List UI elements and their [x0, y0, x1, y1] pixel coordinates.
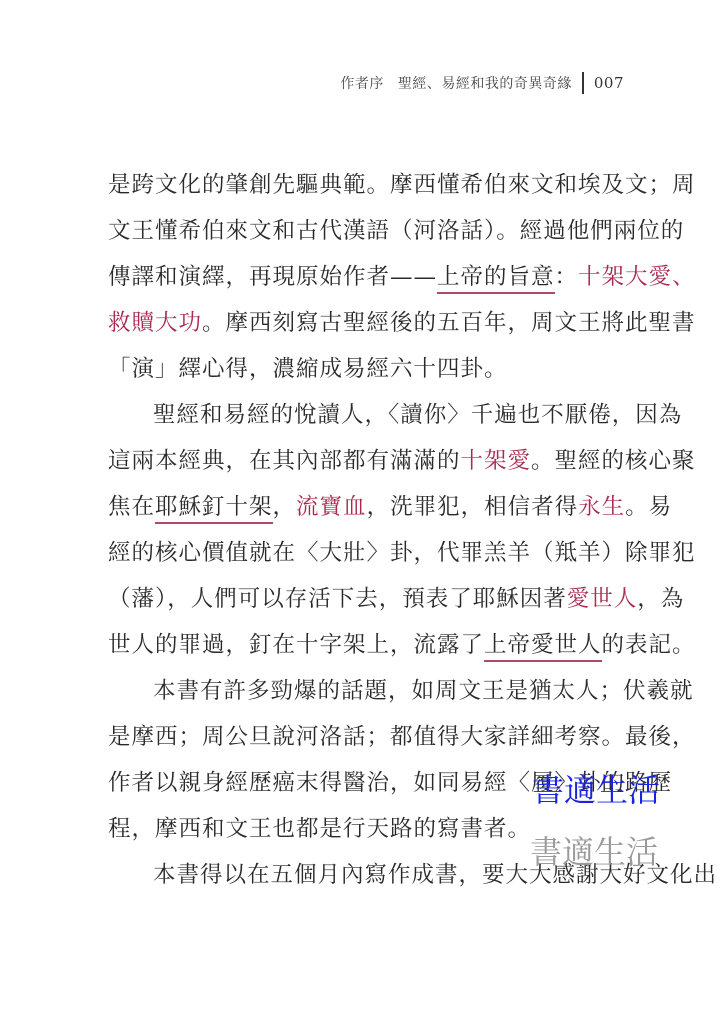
text-segment: 。摩西刻寫古聖經後的五百年，周文王將此聖書 — [202, 310, 696, 336]
page-number: 007 — [594, 74, 624, 92]
chapter-label: 作者序 — [340, 73, 384, 93]
text-line: 傳譯和演繹，再現原始作者——上帝的旨意：十架大愛、 — [108, 254, 638, 300]
text-segment: 是跨文化的肇創先驅典範。摩西懂希伯來文和埃及文；周 — [108, 172, 696, 198]
highlighted-text: 愛世人 — [567, 586, 638, 612]
text-line: 是摩西；周公旦說河洛話；都值得大家詳細考察。最後， — [108, 714, 638, 760]
watermark-gray: 書適生活 — [530, 832, 658, 872]
highlighted-text: 救贖大功 — [108, 310, 202, 336]
underlined-text: 上帝的旨意 — [437, 264, 555, 294]
text-segment: 。聖經的核心聚 — [531, 448, 696, 474]
chapter-title: 聖經、易經和我的奇異奇緣 — [398, 73, 572, 93]
text-line: 經的核心價值就在〈大壯〉卦，代罪羔羊（羝羊）除罪犯 — [108, 530, 638, 576]
underlined-text: 耶穌釘十架 — [155, 494, 273, 524]
highlighted-text: 十架愛 — [461, 448, 532, 474]
text-line: 本書有許多勁爆的話題，如周文王是猶太人；伏羲就 — [108, 668, 638, 714]
highlighted-text: 流寶血 — [296, 494, 367, 520]
text-segment: 程，摩西和文王也都是行天路的寫書者。 — [108, 816, 531, 842]
highlighted-text: 永生 — [578, 494, 625, 520]
text-segment: 的表記。 — [602, 632, 696, 658]
text-line: 救贖大功。摩西刻寫古聖經後的五百年，周文王將此聖書 — [108, 300, 638, 346]
text-segment: （藩），人們可以存活下去，預表了耶穌因著 — [108, 586, 567, 612]
text-line: （藩），人們可以存活下去，預表了耶穌因著愛世人，為 — [108, 576, 638, 622]
text-line: 世人的罪過，釘在十字架上，流露了上帝愛世人的表記。 — [108, 622, 638, 668]
text-segment: 「演」繹心得，濃縮成易經六十四卦。 — [108, 356, 508, 382]
text-segment: ，為 — [637, 586, 684, 612]
text-segment: 本書有許多勁爆的話題，如周文王是猶太人；伏羲就 — [153, 678, 694, 704]
text-segment: 傳譯和演繹，再現原始作者—— — [108, 264, 437, 290]
underlined-text: 上帝愛世人 — [484, 632, 602, 662]
running-header: 作者序 聖經、易經和我的奇異奇緣 007 — [340, 72, 624, 94]
text-segment: 。易 — [625, 494, 672, 520]
highlighted-text: 十架大愛、 — [578, 264, 696, 290]
text-segment: 世人的罪過，釘在十字架上，流露了 — [108, 632, 484, 658]
text-segment: ， — [273, 494, 297, 520]
text-segment: 焦在 — [108, 494, 155, 520]
text-line: 這兩本經典，在其內部都有滿滿的十架愛。聖經的核心聚 — [108, 438, 638, 484]
text-line: 焦在耶穌釘十架，流寶血，洗罪犯，相信者得永生。易 — [108, 484, 638, 530]
text-segment: 文王懂希伯來文和古代漢語（河洛話）。經過他們兩位的 — [108, 218, 684, 244]
text-segment: 經的核心價值就在〈大壯〉卦，代罪羔羊（羝羊）除罪犯 — [108, 540, 696, 566]
header-divider — [582, 72, 584, 94]
text-line: 是跨文化的肇創先驅典範。摩西懂希伯來文和埃及文；周 — [108, 162, 638, 208]
text-segment: ，洗罪犯，相信者得 — [367, 494, 579, 520]
text-line: 聖經和易經的悅讀人，〈讀你〉千遍也不厭倦，因為 — [108, 392, 638, 438]
watermark-blue: 書適生活 — [532, 770, 660, 810]
text-line: 「演」繹心得，濃縮成易經六十四卦。 — [108, 346, 638, 392]
text-line: 文王懂希伯來文和古代漢語（河洛話）。經過他們兩位的 — [108, 208, 638, 254]
text-segment: 聖經和易經的悅讀人，〈讀你〉千遍也不厭倦，因為 — [153, 402, 682, 428]
text-segment: ： — [555, 264, 579, 290]
text-segment: 是摩西；周公旦說河洛話；都值得大家詳細考察。最後， — [108, 724, 696, 750]
text-segment: 這兩本經典，在其內部都有滿滿的 — [108, 448, 461, 474]
